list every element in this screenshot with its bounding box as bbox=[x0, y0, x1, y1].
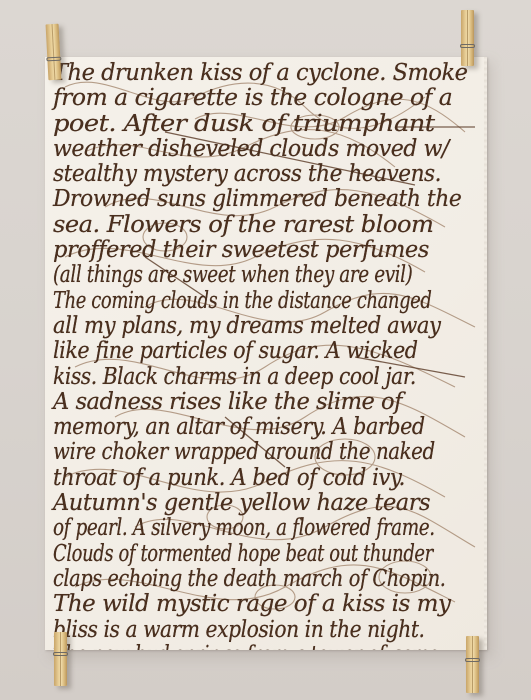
poem-line: The coming clouds in the distance change… bbox=[53, 289, 388, 314]
poem-line: bliss is a warm explosion in the night. bbox=[53, 618, 431, 643]
poem-line: Clouds of tormented hope beat out thunde… bbox=[53, 542, 388, 567]
poem-line: Drowned suns glimmered beneath the bbox=[53, 187, 462, 212]
poem-text: The drunken kiss of a cyclone. Smoke fro… bbox=[53, 61, 483, 650]
poem-line: like fine particles of sugar. A wicked bbox=[53, 339, 440, 364]
poem-line: The drunken kiss of a cyclone. Smoke bbox=[53, 61, 474, 86]
poem-line: The new bud springs from a tower of gems… bbox=[53, 643, 397, 650]
clothespin-bottom-right bbox=[466, 636, 479, 693]
clothespin-top-left bbox=[46, 24, 62, 81]
poem-line: throat of a punk. A bed of cold ivy. bbox=[53, 466, 449, 491]
clothespin-spring bbox=[465, 658, 480, 662]
poem-line: proffered their sweetest perfumes bbox=[53, 238, 474, 263]
poem-line: poet. After dusk of triumphant bbox=[53, 112, 487, 137]
clothespin-top-right bbox=[461, 10, 474, 66]
poem-line: weather disheveled clouds moved w/ bbox=[53, 137, 466, 162]
poem-line: stealthy mystery across the heavens. bbox=[53, 162, 457, 187]
poem-line: sea. Flowers of the rarest bloom bbox=[53, 213, 487, 238]
clothespin-spring bbox=[46, 57, 61, 62]
poem-line: kiss. Black charms in a deep cool jar. bbox=[53, 365, 431, 390]
clothespin-spring bbox=[53, 652, 68, 656]
poem-line: Autumn's gentle yellow haze tears bbox=[53, 491, 474, 516]
poem-line: memory, an altar of misery. A barbed bbox=[53, 415, 440, 440]
clothespin-spring bbox=[460, 44, 475, 48]
poem-line: A sadness rises like the slime of bbox=[53, 390, 474, 415]
poem-line: of pearl. A silvery moon, a flowered fra… bbox=[53, 516, 397, 541]
handwritten-paper-sheet: The drunken kiss of a cyclone. Smoke fro… bbox=[45, 57, 487, 650]
poem-line: all my plans, my dreams melted away bbox=[53, 314, 449, 339]
poem-line: (all things are sweet when they are evil… bbox=[53, 263, 397, 288]
poem-line: claps echoing the death march of Chopin. bbox=[53, 567, 414, 592]
poem-line: from a cigarette is the cologne of a bbox=[53, 86, 487, 111]
poem-line: The wild mystic rage of a kiss is my bbox=[53, 592, 483, 617]
clothespin-bottom-left bbox=[54, 632, 67, 686]
poem-line: wire choker wrapped around the naked bbox=[53, 440, 423, 465]
